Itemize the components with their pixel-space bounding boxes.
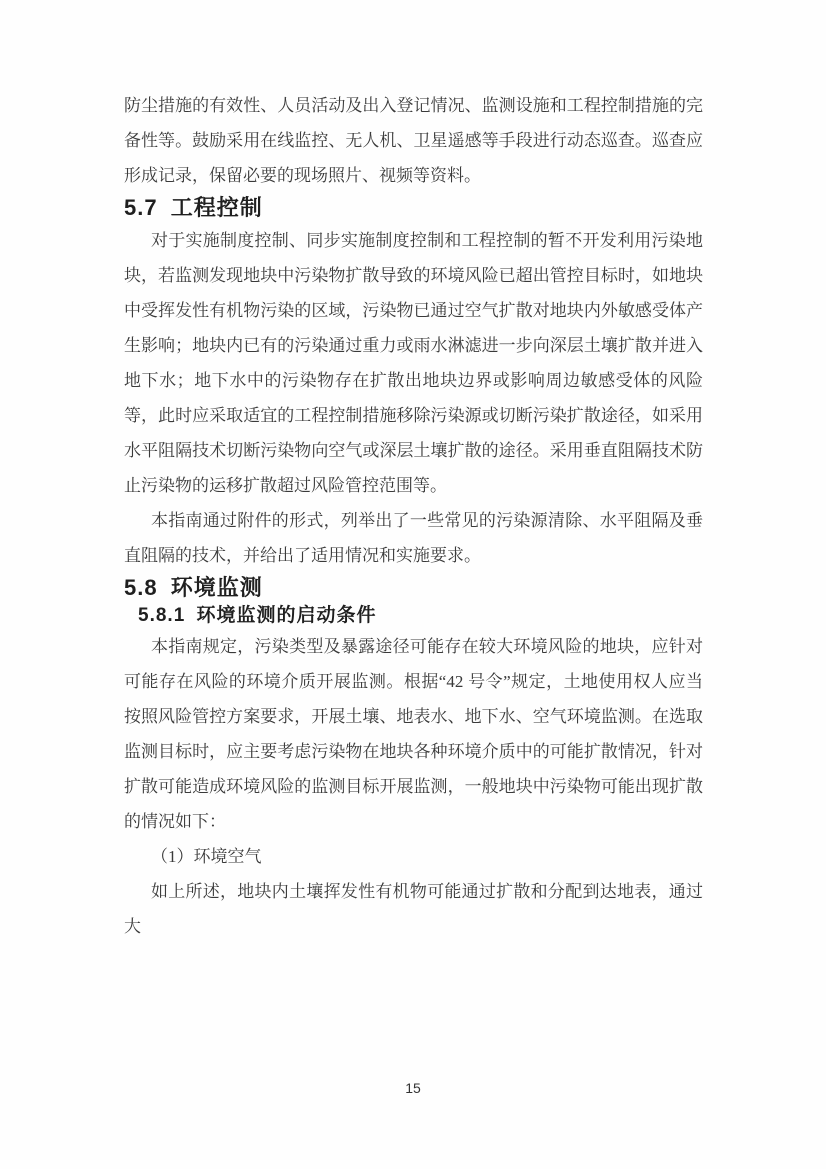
heading-5-8-1-monitoring-start-conditions: 5.8.1 环境监测的启动条件: [138, 603, 703, 629]
paragraph-engineering-control-main: 对于实施制度控制、同步实施制度控制和工程控制的暂不开发利用污染地块，若监测发现地…: [124, 223, 703, 503]
list-item-1-ambient-air: （1）环境空气: [124, 839, 703, 874]
page-number: 15: [405, 1080, 421, 1096]
heading-5-7-engineering-control: 5.7 工程控制: [124, 193, 703, 223]
heading-5-8-environmental-monitoring: 5.8 环境监测: [124, 573, 703, 603]
page-footer: 15: [0, 1080, 826, 1098]
page-content: 防尘措施的有效性、人员活动及出入登记情况、监测设施和工程控制措施的完备性等。鼓励…: [124, 88, 703, 944]
document-page: 防尘措施的有效性、人员活动及出入登记情况、监测设施和工程控制措施的完备性等。鼓励…: [0, 0, 826, 1169]
paragraph-ambient-air-detail: 如上所述，地块内土壤挥发性有机物可能通过扩散和分配到达地表，通过大: [124, 874, 703, 944]
paragraph-patrol-measures: 防尘措施的有效性、人员活动及出入登记情况、监测设施和工程控制措施的完备性等。鼓励…: [124, 88, 703, 193]
paragraph-monitoring-conditions: 本指南规定，污染类型及暴露途径可能存在较大环境风险的地块，应针对可能存在风险的环…: [124, 629, 703, 839]
paragraph-engineering-control-appendix: 本指南通过附件的形式，列举出了一些常见的污染源清除、水平阻隔及垂直阻隔的技术，并…: [124, 503, 703, 573]
